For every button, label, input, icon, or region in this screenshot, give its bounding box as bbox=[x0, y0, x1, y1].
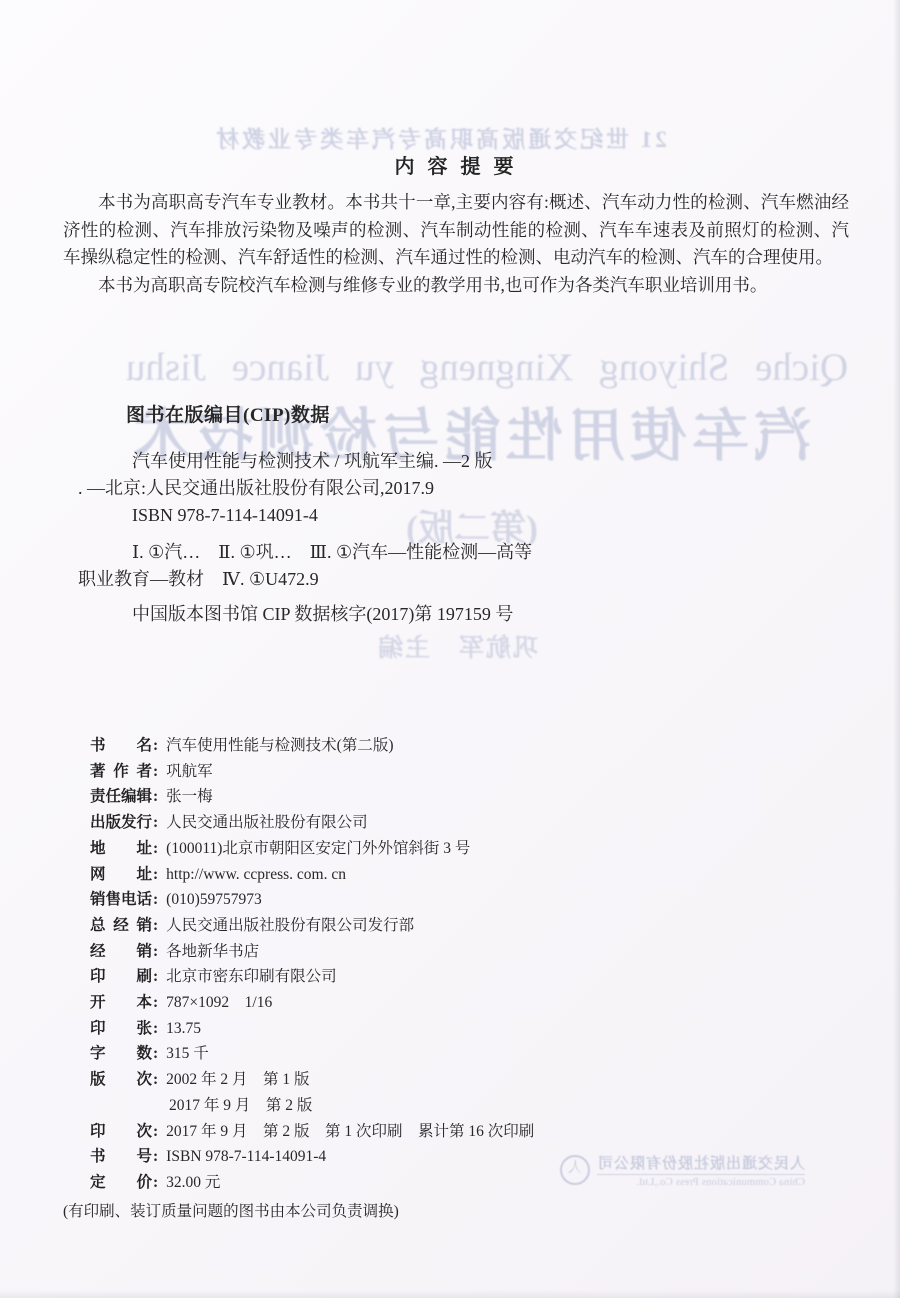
cip-title-line: 汽车使用性能与检测技术 / 巩航军主编. —2 版 bbox=[132, 448, 718, 475]
colophon-label: 字数 bbox=[90, 1041, 152, 1067]
colophon-label: 开本 bbox=[90, 990, 152, 1016]
colophon-value: ISBN 978-7-114-14091-4 bbox=[166, 1148, 326, 1165]
colophon-row: 责任编辑:张一梅 bbox=[90, 784, 830, 810]
colophon-label: 印张 bbox=[90, 1016, 152, 1042]
colophon-colon: : bbox=[153, 840, 158, 857]
colophon-row: 开本:787×1092 1/16 bbox=[90, 990, 830, 1016]
cip-publisher-line: . —北京:人民交通出版社股份有限公司,2017.9 bbox=[78, 475, 718, 502]
bleedthrough-author-line: 巩航军 主编 bbox=[372, 628, 542, 664]
colophon-row: 著作者:巩航军 bbox=[90, 759, 830, 785]
colophon-row: 网址:http://www. ccpress. com. cn bbox=[90, 862, 830, 888]
colophon-row: 经销:各地新华书店 bbox=[90, 939, 830, 965]
colophon-label: 出版发行 bbox=[90, 810, 152, 836]
summary-paragraph-1: 本书为高职高专汽车专业教材。本书共十一章,主要内容有:概述、汽车动力性的检测、汽… bbox=[63, 189, 849, 272]
colophon-value: http://www. ccpress. com. cn bbox=[166, 866, 346, 883]
colophon-colon: : bbox=[153, 917, 158, 934]
colophon-label: 地址 bbox=[90, 836, 152, 862]
cip-header: 图书在版编目(CIP)数据 bbox=[126, 402, 718, 429]
colophon-row: 定价:32.00 元 bbox=[90, 1170, 830, 1196]
cip-isbn-line: ISBN 978-7-114-14091-4 bbox=[132, 502, 718, 529]
quality-exchange-note: (有印刷、装订质量问题的图书由本公司负责调换) bbox=[63, 1200, 399, 1224]
summary-paragraph-2: 本书为高职高专院校汽车检测与维修专业的教学用书,也可作为各类汽车职业培训用书。 bbox=[63, 272, 849, 300]
colophon-value: 787×1092 1/16 bbox=[166, 994, 272, 1011]
colophon-value: 张一梅 bbox=[166, 788, 213, 805]
colophon-label: 著作者 bbox=[90, 759, 152, 785]
colophon-value: 北京市密东印刷有限公司 bbox=[166, 968, 337, 985]
colophon-label: 销售电话 bbox=[90, 887, 152, 913]
bleedthrough-pinyin-title: Qiche Shiyong Xingneng yu Jiance Jishu bbox=[103, 345, 871, 390]
colophon-colon: : bbox=[153, 1071, 158, 1088]
colophon-row: 地址:(100011)北京市朝阳区安定门外外馆斜街 3 号 bbox=[90, 836, 830, 862]
colophon-value: 人民交通出版社股份有限公司发行部 bbox=[166, 917, 414, 934]
colophon-value: 32.00 元 bbox=[166, 1174, 220, 1191]
colophon-value: 13.75 bbox=[166, 1020, 201, 1037]
colophon-row: 印次:2017 年 9 月 第 2 版 第 1 次印刷 累计第 16 次印刷 bbox=[90, 1119, 830, 1145]
content-summary-body: 本书为高职高专汽车专业教材。本书共十一章,主要内容有:概述、汽车动力性的检测、汽… bbox=[63, 189, 849, 299]
colophon-label: 印刷 bbox=[90, 964, 152, 990]
colophon-colon: : bbox=[153, 763, 158, 780]
colophon-colon: : bbox=[153, 1020, 158, 1037]
colophon-label: 书名 bbox=[90, 733, 152, 759]
colophon-label: 定价 bbox=[90, 1170, 152, 1196]
colophon-value: 巩航军 bbox=[166, 763, 213, 780]
content-summary-title: 内容提要 bbox=[63, 150, 845, 179]
colophon-value: 汽车使用性能与检测技术(第二版) bbox=[166, 737, 393, 754]
colophon-label: 版次 bbox=[90, 1067, 152, 1093]
colophon-colon: : bbox=[153, 866, 158, 883]
colophon-colon: : bbox=[153, 788, 158, 805]
colophon-row: 字数:315 千 bbox=[90, 1041, 830, 1067]
colophon-colon: : bbox=[153, 994, 158, 1011]
colophon-label: 网址 bbox=[90, 862, 152, 888]
cip-data-block: 图书在版编目(CIP)数据 汽车使用性能与检测技术 / 巩航军主编. —2 版 … bbox=[78, 402, 718, 628]
colophon-colon: : bbox=[153, 943, 158, 960]
colophon-colon: : bbox=[153, 1045, 158, 1062]
colophon-label: 责任编辑 bbox=[90, 784, 152, 810]
colophon-colon: : bbox=[153, 737, 158, 754]
colophon-value: 2017 年 9 月 第 2 版 第 1 次印刷 累计第 16 次印刷 bbox=[166, 1123, 534, 1140]
colophon-row-continuation: 2017 年 9 月 第 2 版 bbox=[90, 1093, 830, 1119]
colophon-list: 书名:汽车使用性能与检测技术(第二版)著作者:巩航军责任编辑:张一梅出版发行:人… bbox=[90, 733, 830, 1196]
colophon-value: 2017 年 9 月 第 2 版 bbox=[169, 1097, 312, 1114]
colophon-row: 销售电话:(010)59757973 bbox=[90, 887, 830, 913]
colophon-row: 书名:汽车使用性能与检测技术(第二版) bbox=[90, 733, 830, 759]
colophon-label: 印次 bbox=[90, 1119, 152, 1145]
colophon-value: (100011)北京市朝阳区安定门外外馆斜街 3 号 bbox=[166, 840, 470, 857]
cip-classification-line-1: Ⅰ. ①汽… Ⅱ. ①巩… Ⅲ. ①汽车—性能检测—高等 bbox=[132, 539, 718, 566]
colophon-row: 印张:13.75 bbox=[90, 1016, 830, 1042]
colophon-label: 经销 bbox=[90, 939, 152, 965]
colophon-row: 版次:2002 年 2 月 第 1 版 bbox=[90, 1067, 830, 1093]
colophon-value: 人民交通出版社股份有限公司 bbox=[166, 814, 368, 831]
colophon-row: 出版发行:人民交通出版社股份有限公司 bbox=[90, 810, 830, 836]
colophon-row: 总经销:人民交通出版社股份有限公司发行部 bbox=[90, 913, 830, 939]
colophon-value: (010)59757973 bbox=[166, 891, 262, 908]
colophon-colon: : bbox=[153, 891, 158, 908]
colophon-colon: : bbox=[153, 1174, 158, 1191]
colophon-value: 2002 年 2 月 第 1 版 bbox=[166, 1071, 309, 1088]
colophon-label: 书号 bbox=[90, 1144, 152, 1170]
colophon-label: 总经销 bbox=[90, 913, 152, 939]
colophon-colon: : bbox=[153, 1148, 158, 1165]
colophon-value: 各地新华书店 bbox=[166, 943, 259, 960]
colophon-value: 315 千 bbox=[166, 1045, 209, 1062]
colophon-row: 印刷:北京市密东印刷有限公司 bbox=[90, 964, 830, 990]
cip-classification-line-2: 职业教育—教材 Ⅳ. ①U472.9 bbox=[78, 566, 718, 593]
colophon-colon: : bbox=[153, 814, 158, 831]
cip-record-number-line: 中国版本图书馆 CIP 数据核字(2017)第 197159 号 bbox=[132, 601, 718, 628]
book-copyright-page: 21 世纪交通版高职高专汽车类专业教材 Qiche Shiyong Xingne… bbox=[0, 0, 900, 1298]
colophon-row: 书号:ISBN 978-7-114-14091-4 bbox=[90, 1144, 830, 1170]
colophon-colon: : bbox=[153, 1123, 158, 1140]
colophon-colon: : bbox=[153, 968, 158, 985]
